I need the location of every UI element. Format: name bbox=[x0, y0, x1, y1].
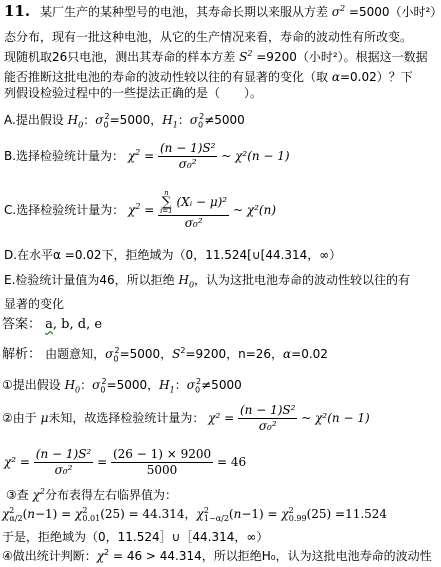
calc-fraction-1: (n − 1)S² σ₀² bbox=[34, 447, 93, 478]
option-e-text: ，认为这批电池寿命的波动性较以往的有 bbox=[194, 273, 410, 287]
analysis-step2: ②由于 μ未知，故选择检验统计量为： χ² = (n − 1)S² σ₀² ~ … bbox=[2, 402, 370, 434]
rejection-region-text: 于是，拒绝域为（0，11.524］∪［44.314，∞） bbox=[2, 530, 268, 544]
option-b-label: B.选择检验统计量为： bbox=[4, 149, 124, 163]
alpha-symbol: α bbox=[328, 70, 340, 84]
calc-lhs: χ² = bbox=[4, 455, 30, 469]
question-number: 11. bbox=[4, 2, 30, 20]
fraction-denominator: 5000 bbox=[111, 463, 213, 478]
h1-symbol: H1 bbox=[162, 113, 178, 127]
answer-label: 答案： bbox=[2, 317, 41, 332]
s-symbol: S2 bbox=[235, 50, 256, 64]
option-c-label: C.选择检验统计量为： bbox=[4, 203, 124, 217]
option-b: B.选择检验统计量为： χ2 = (n − 1)S² σ₀² ~ χ²(n − … bbox=[4, 140, 290, 172]
fraction-denominator: σ₀² bbox=[158, 157, 217, 172]
question-line-1: 11. 某厂生产的某种型号的电池，其寿命长期以来服从方差 σ2 =5000（小时… bbox=[4, 4, 441, 19]
question-line-5: 列假设检验过程中的一些提法正确的是（ ）。 bbox=[4, 86, 262, 100]
option-e-text: E.检验统计量值为46，所以拒绝 bbox=[4, 273, 175, 287]
stem-text: 列假设检验过程中的一些提法正确的是（ ）。 bbox=[4, 86, 262, 100]
fraction-denominator: σ₀² bbox=[34, 463, 93, 478]
option-c-fraction: n∑i=1 (Xᵢ − μ)² σ₀² bbox=[158, 190, 229, 231]
stem-text: 态分布，现有一批这种电池，从它的生产情况来看，寿命的波动性有所改变。 bbox=[4, 30, 412, 44]
analysis-intro: 解析： 由题意知，σ02=5000，S2=9200，n=26，α=0.02 bbox=[2, 347, 328, 362]
analysis-step3-title: ③查 χ2分布表得左右临界值为： bbox=[6, 488, 177, 502]
option-b-lhs: χ2 = bbox=[128, 149, 154, 163]
option-a: A.提出假设 H0：σ02=5000，H1：σ02≠5000 bbox=[4, 113, 245, 127]
calc-result: = 46 bbox=[217, 455, 246, 469]
analysis-step4: ④做出统计判断：χ2 = 46 > 44.314，所以拒绝H₀，认为这批电池寿命… bbox=[2, 549, 432, 563]
option-e-text: 显著的变化 bbox=[4, 297, 64, 311]
fraction-denominator: σ₀² bbox=[238, 419, 297, 434]
analysis-step1: ①提出假设 H0：σ02=5000，H1：σ02≠5000 bbox=[2, 378, 242, 392]
calc-fraction-2: (26 − 1) × 9200 5000 bbox=[111, 447, 213, 478]
fraction-numerator: (n − 1)S² bbox=[238, 403, 297, 419]
answer-line: 答案： a, b, d, e bbox=[2, 318, 102, 332]
fraction-denominator: σ₀² bbox=[158, 216, 229, 231]
stem-text: =9200（小时²）。根据这一数据 bbox=[256, 50, 427, 64]
step2-fraction: (n − 1)S² σ₀² bbox=[238, 403, 297, 434]
step2-lhs: χ² = bbox=[208, 411, 234, 425]
sigma-symbol: σ2 bbox=[328, 5, 349, 19]
stem-text: =0.02）？下 bbox=[340, 70, 413, 84]
option-c: C.选择检验统计量为： χ2 = n∑i=1 (Xᵢ − μ)² σ₀² ~ χ… bbox=[4, 190, 276, 231]
question-line-4: 能否推断这批电池的寿命的波动性较以往的有显著的变化（取 α=0.02）？下 bbox=[4, 70, 413, 84]
answer-value: a, b, d, e bbox=[45, 317, 102, 332]
h0-symbol: H0 bbox=[175, 273, 194, 287]
question-line-3: 现随机取26只电池，测出其寿命的样本方差 S2 =9200（小时²）。根据这一数… bbox=[4, 50, 428, 64]
analysis-calc: χ² = (n − 1)S² σ₀² = (26 − 1) × 9200 500… bbox=[4, 446, 246, 478]
option-e-cont: 显著的变化 bbox=[4, 297, 64, 311]
analysis-label: 解析： bbox=[2, 347, 41, 362]
analysis-step3-formula: χ2α/2(n−1) = χ20.01(25) = 44.314，χ21−α/2… bbox=[2, 507, 387, 521]
fraction-numerator: (26 − 1) × 9200 bbox=[111, 447, 213, 463]
step2-rhs: ~ χ²(n − 1) bbox=[301, 411, 369, 425]
stem-text: 某厂生产的某种型号的电池，其寿命长期以来服从方差 bbox=[40, 5, 328, 19]
option-d-text: D.在水平α =0.02下，拒绝域为（0，11.524[∪[44.314，∞） bbox=[4, 248, 341, 262]
option-c-lhs: χ2 = bbox=[128, 203, 154, 217]
fraction-numerator: (n − 1)S² bbox=[34, 447, 93, 463]
question-line-2: 态分布，现有一批这种电池，从它的生产情况来看，寿命的波动性有所改变。 bbox=[4, 30, 412, 44]
fraction-numerator: n∑i=1 (Xᵢ − μ)² bbox=[158, 190, 229, 216]
stem-text: =5000（小时²）的正 bbox=[349, 5, 441, 19]
stem-text: 现随机取26只电池，测出其寿命的样本方差 bbox=[4, 50, 235, 64]
summation-symbol: n∑i=1 bbox=[160, 190, 173, 215]
option-a-label: A.提出假设 bbox=[4, 113, 64, 127]
option-e: E.检验统计量值为46，所以拒绝 H0，认为这批电池寿命的波动性较以往的有 bbox=[4, 273, 410, 287]
option-b-fraction: (n − 1)S² σ₀² bbox=[158, 141, 217, 172]
h0-symbol: H0 bbox=[68, 113, 84, 127]
option-b-rhs: ~ χ²(n − 1) bbox=[221, 149, 289, 163]
analysis-step3-rejection: 于是，拒绝域为（0，11.524］∪［44.314，∞） bbox=[2, 530, 268, 544]
option-d: D.在水平α =0.02下，拒绝域为（0，11.524[∪[44.314，∞） bbox=[4, 248, 341, 262]
fraction-numerator: (n − 1)S² bbox=[158, 141, 217, 157]
stem-text: 能否推断这批电池的寿命的波动性较以往的有显著的变化（取 bbox=[4, 70, 328, 84]
option-c-rhs: ~ χ²(n) bbox=[233, 203, 276, 217]
